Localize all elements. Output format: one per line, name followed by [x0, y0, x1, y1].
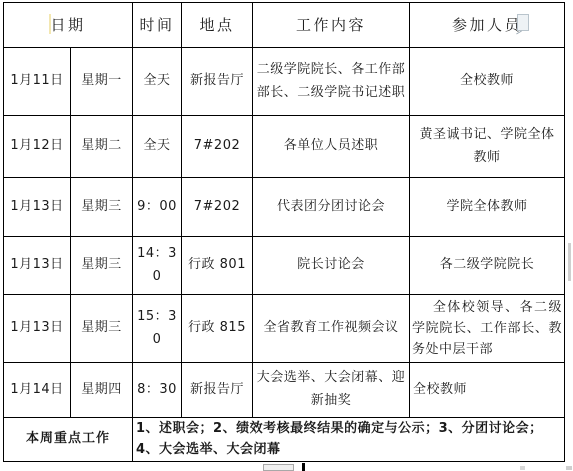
- time-cell: 8：30: [133, 363, 182, 418]
- right-edge-artifact: [568, 243, 571, 281]
- schedule-row: 1月11日 星期一 全天 新报告厅 二级学院院长、各工作部部长、二级学院书记述职…: [4, 48, 565, 116]
- content-cell: 代表团分团讨论会: [253, 178, 410, 237]
- time-cell: 14：30: [133, 237, 182, 295]
- schedule-row: 1月13日 星期三 14：30 行政 801 院长讨论会 各二级学院院长: [4, 237, 565, 295]
- schedule-row: 1月14日 星期四 8：30 新报告厅 大会选举、大会闭幕、迎新抽奖 全校教师: [4, 363, 565, 418]
- stray-glyph-artifact: [517, 14, 529, 31]
- footer-row: 本周重点工作 1、述职会；2、绩效考核最终结果的确定与公示；3、分团讨论会；4、…: [4, 418, 565, 462]
- time-cell: 全天: [133, 116, 182, 178]
- participants-cell: 全校教师: [410, 48, 565, 116]
- weekday-cell: 星期四: [71, 363, 133, 418]
- header-date: 日期: [4, 3, 133, 48]
- header-participants: 参加人员: [410, 3, 565, 48]
- schedule-row: 1月13日 星期三 9：00 7#202 代表团分团讨论会 学院全体教师: [4, 178, 565, 237]
- place-cell: 行政 801: [182, 237, 253, 295]
- content-cell: 大会选举、大会闭幕、迎新抽奖: [253, 363, 410, 418]
- weekday-cell: 星期三: [71, 295, 133, 363]
- place-cell: 新报告厅: [182, 363, 253, 418]
- participants-cell: 黄圣诚书记、学院全体教师: [410, 116, 565, 178]
- place-cell: 7#202: [182, 116, 253, 178]
- time-cell: 9：00: [133, 178, 182, 237]
- highlight-sliver-artifact: [49, 14, 51, 34]
- schedule-row: 1月12日 星期二 全天 7#202 各单位人员述职 黄圣诚书记、学院全体教师: [4, 116, 565, 178]
- date-cell: 1月13日: [4, 295, 71, 363]
- cursor-tick-artifact: [302, 463, 305, 471]
- date-cell: 1月14日: [4, 363, 71, 418]
- date-cell: 1月11日: [4, 48, 71, 116]
- place-cell: 行政 815: [182, 295, 253, 363]
- date-cell: 1月13日: [4, 237, 71, 295]
- content-cell: 二级学院院长、各工作部部长、二级学院书记述职: [253, 48, 410, 116]
- schedule-row: 1月13日 星期三 15：30 行政 815 全省教育工作视频会议 全体校领导、…: [4, 295, 565, 363]
- corner-mark-artifact: [566, 466, 572, 470]
- time-cell: 15：30: [133, 295, 182, 363]
- participants-cell: 学院全体教师: [410, 178, 565, 237]
- content-cell: 院长讨论会: [253, 237, 410, 295]
- bottom-mark-artifact: [520, 466, 525, 470]
- place-cell: 新报告厅: [182, 48, 253, 116]
- scrollbar-fragment: [263, 464, 294, 471]
- footer-content-cell: 1、述职会；2、绩效考核最终结果的确定与公示；3、分团讨论会；4、大会选举、大会…: [133, 418, 565, 462]
- weekday-cell: 星期一: [71, 48, 133, 116]
- date-cell: 1月12日: [4, 116, 71, 178]
- date-cell: 1月13日: [4, 178, 71, 237]
- time-cell: 全天: [133, 48, 182, 116]
- header-row: 日期 时间 地点 工作内容 参加人员: [4, 3, 565, 48]
- header-time: 时间: [133, 3, 182, 48]
- weekday-cell: 星期三: [71, 178, 133, 237]
- participants-cell: 全体校领导、各二级学院院长、工作部长、教务处中层干部: [410, 295, 565, 363]
- content-cell: 各单位人员述职: [253, 116, 410, 178]
- weekly-schedule-table: 日期 时间 地点 工作内容 参加人员 1月11日 星期一 全天 新报告厅 二级学…: [3, 2, 565, 462]
- footer-label-cell: 本周重点工作: [4, 418, 133, 462]
- place-cell: 7#202: [182, 178, 253, 237]
- participants-cell: 全校教师: [410, 363, 565, 418]
- participants-cell: 各二级学院院长: [410, 237, 565, 295]
- header-place: 地点: [182, 3, 253, 48]
- weekday-cell: 星期二: [71, 116, 133, 178]
- content-cell: 全省教育工作视频会议: [253, 295, 410, 363]
- weekday-cell: 星期三: [71, 237, 133, 295]
- header-content: 工作内容: [253, 3, 410, 48]
